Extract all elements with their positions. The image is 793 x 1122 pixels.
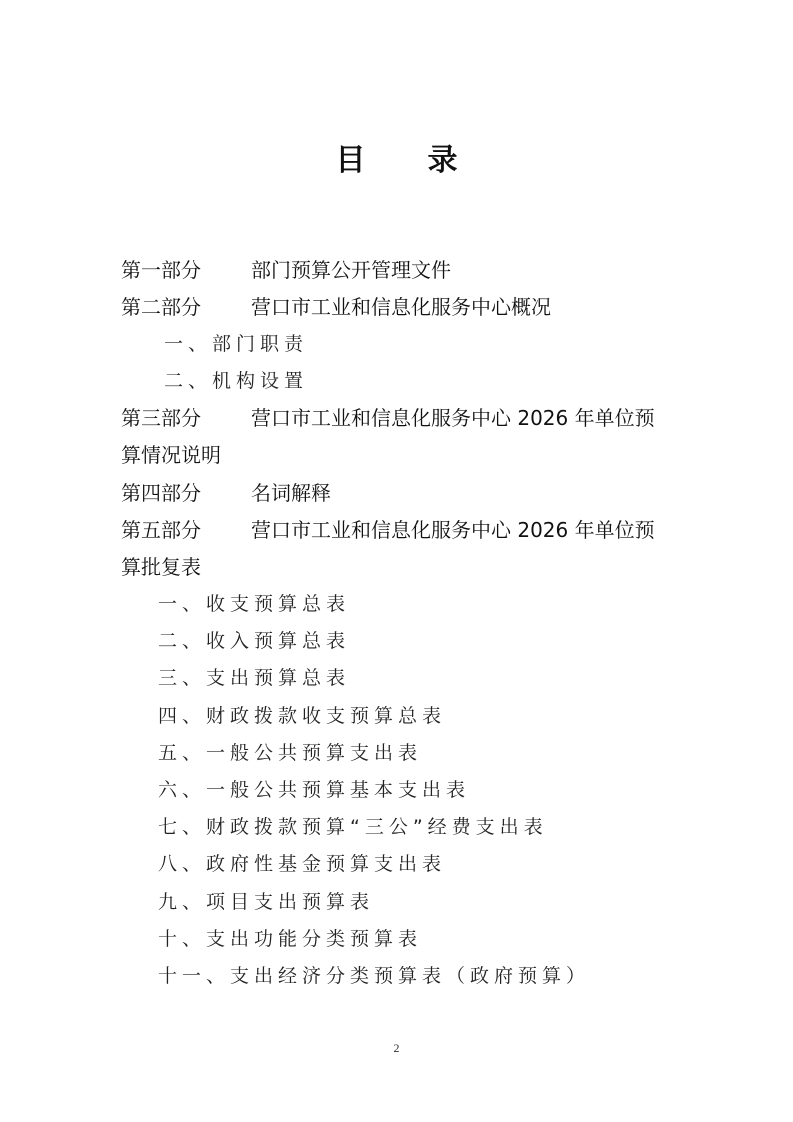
toc-part-3: 第三部分营口市工业和信息化服务中心 2026 年单位预: [121, 406, 655, 430]
part-text: 部门预算公开管理文件: [251, 258, 451, 282]
toc-part-4: 第四部分名词解释: [121, 481, 331, 505]
toc-part-2: 第二部分营口市工业和信息化服务中心概况: [121, 295, 551, 319]
part-text: 营口市工业和信息化服务中心 2026 年单位预: [251, 406, 655, 430]
toc-subitem: 十、支出功能分类预算表: [158, 927, 422, 951]
part-label: 第三部分: [121, 406, 251, 430]
toc-subitem: 一、部门职责: [164, 332, 308, 356]
part-label: 第四部分: [121, 481, 251, 505]
part-text: 名词解释: [251, 481, 331, 505]
part-text: 营口市工业和信息化服务中心 2026 年单位预: [251, 518, 655, 542]
toc-subitem: 八、政府性基金预算支出表: [158, 852, 446, 876]
title-char-1: 目: [336, 135, 366, 179]
part-label: 第五部分: [121, 518, 251, 542]
toc-subitem: 九、项目支出预算表: [158, 890, 374, 914]
toc-subitem: 二、机构设置: [164, 369, 308, 393]
title-char-2: 录: [428, 135, 458, 179]
toc-subitem: 六、一般公共预算基本支出表: [158, 778, 470, 802]
toc-part-1: 第一部分部门预算公开管理文件: [121, 258, 451, 282]
part-continuation: 算情况说明: [121, 443, 221, 467]
toc-subitem: 七、财政拨款预算“三公”经费支出表: [158, 815, 548, 839]
toc-subitem: 二、收入预算总表: [158, 629, 350, 653]
toc-subitem: 三、支出预算总表: [158, 666, 350, 690]
part-label: 第二部分: [121, 295, 251, 319]
toc-subitem: 十一、支出经济分类预算表（政府预算）: [158, 964, 590, 988]
toc-subitem: 一、收支预算总表: [158, 592, 350, 616]
page-title: 目录: [0, 135, 793, 179]
part-text: 营口市工业和信息化服务中心概况: [251, 295, 551, 319]
page-number: 2: [0, 1041, 793, 1056]
part-continuation: 算批复表: [121, 555, 201, 579]
toc-subitem: 四、财政拨款收支预算总表: [158, 704, 446, 728]
toc-part-5: 第五部分营口市工业和信息化服务中心 2026 年单位预: [121, 518, 655, 542]
toc-subitem: 五、一般公共预算支出表: [158, 741, 422, 765]
part-label: 第一部分: [121, 258, 251, 282]
